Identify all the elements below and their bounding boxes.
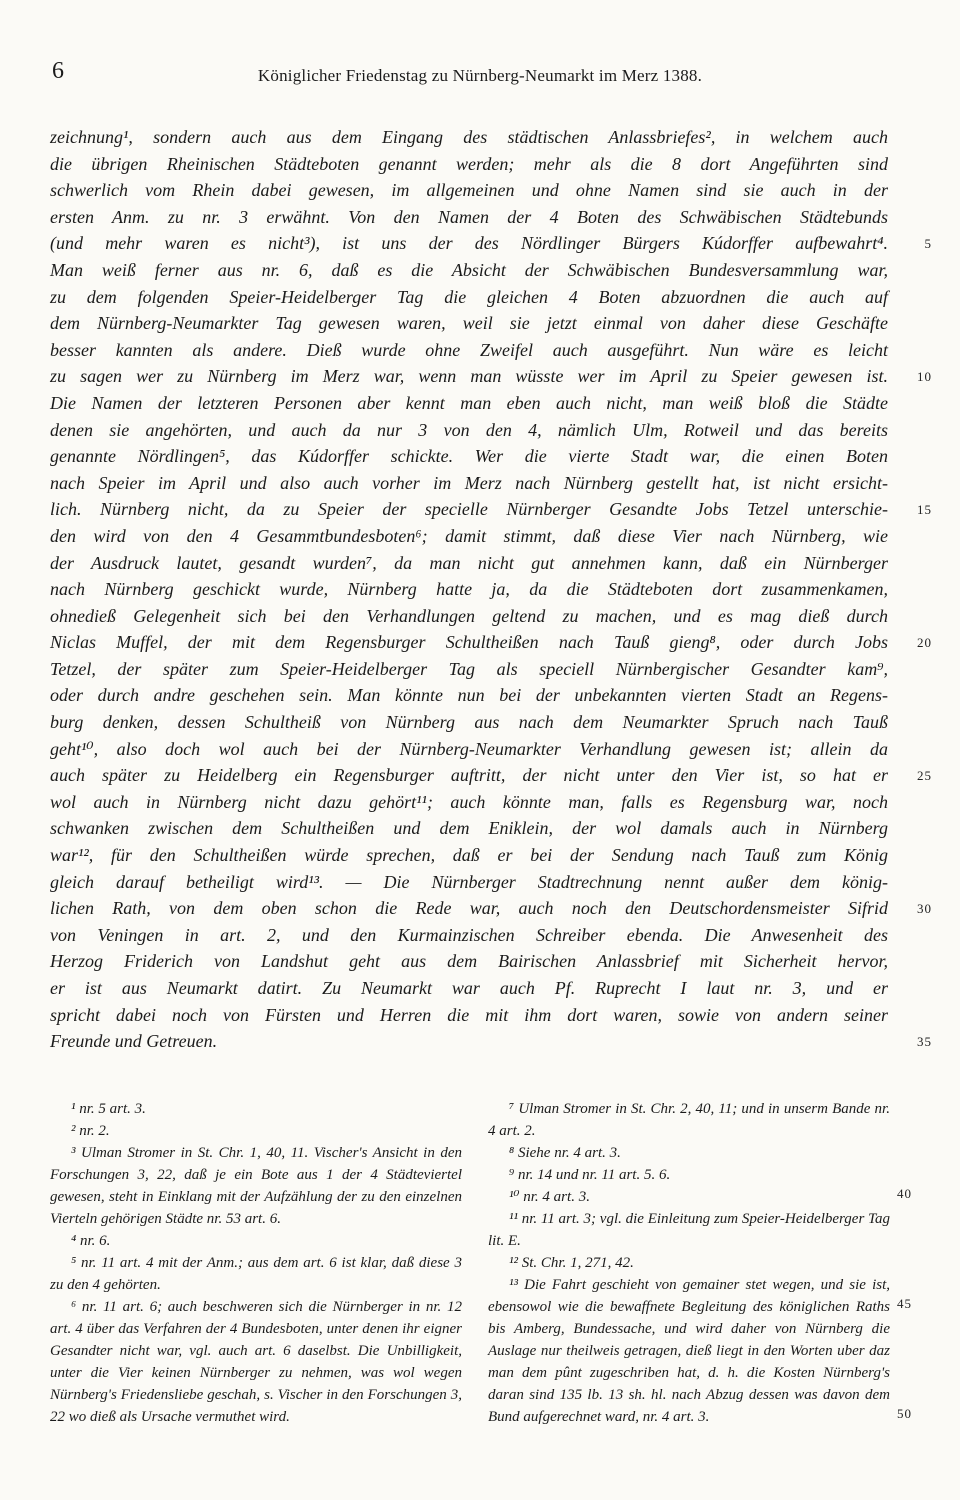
book-page: 6 Königlicher Friedenstag zu Nürnberg-Ne… — [0, 0, 960, 1500]
footnote: ² nr. 2. — [50, 1120, 462, 1142]
margin-line-number: 15 — [917, 497, 932, 524]
body-line-text: Niclas Muffel, der mit dem Regensburger … — [50, 632, 888, 652]
body-line-text: Man weiß ferner aus nr. 6, daß es die Ab… — [50, 260, 888, 280]
body-line: zeichnung¹, sondern auch aus dem Eingang… — [50, 124, 888, 151]
body-line: war¹², für den Schultheißen würde sprech… — [50, 842, 888, 869]
body-line: ohnedieß Gelegenheit sich bei den Verhan… — [50, 603, 888, 630]
body-line-text: Die Namen der letzteren Personen aber ke… — [50, 393, 888, 413]
body-line-text: schwanken zwischen dem Schultheißen und … — [50, 818, 888, 838]
body-line-text: genannte Nördlingen⁵, das Kúdorffer schi… — [50, 446, 888, 466]
body-line: Niclas Muffel, der mit dem Regensburger … — [50, 629, 888, 656]
body-line-text: spricht dabei noch von Fürsten und Herre… — [50, 1005, 888, 1025]
body-line-text: die übrigen Rheinischen Städteboten gena… — [50, 154, 888, 174]
body-line-text: den wird von den 4 Gesammtbundesboten⁶; … — [50, 526, 888, 546]
footnotes-left-column: ¹ nr. 5 art. 3.² nr. 2.³ Ulman Stromer i… — [50, 1098, 462, 1428]
body-line: zu dem folgenden Speier-Heidelberger Tag… — [50, 284, 888, 311]
body-line: lich. Nürnberg nicht, da zu Speier der s… — [50, 496, 888, 523]
body-line-text: auch später zu Heidelberg ein Regensburg… — [50, 765, 888, 785]
body-line: genannte Nördlingen⁵, das Kúdorffer schi… — [50, 443, 888, 470]
body-line-text: dem Nürnberg-Neumarkter Tag gewesen ware… — [50, 313, 888, 333]
footnote: ³ Ulman Stromer in St. Chr. 1, 40, 11. V… — [50, 1142, 462, 1230]
body-line: auch später zu Heidelberg ein Regensburg… — [50, 762, 888, 789]
body-line: spricht dabei noch von Fürsten und Herre… — [50, 1002, 888, 1029]
margin-line-number: 10 — [917, 364, 932, 391]
body-line: der Ausdruck lautet, gesandt wurden⁷, da… — [50, 550, 888, 577]
body-line-text: zeichnung¹, sondern auch aus dem Eingang… — [50, 127, 888, 147]
body-line-text: wol auch in Nürnberg nicht dazu gehört¹¹… — [50, 792, 888, 812]
body-line-text: der Ausdruck lautet, gesandt wurden⁷, da… — [50, 553, 888, 573]
body-line-text: Herzog Friderich von Landshut geht aus d… — [50, 951, 888, 971]
body-line-text: schwerlich vom Rhein dabei gewesen, im a… — [50, 180, 888, 200]
footnote: ⁶ nr. 11 art. 6; auch beschweren sich di… — [50, 1296, 462, 1428]
body-line-text: oder durch andre geschehen sein. Man kön… — [50, 685, 888, 705]
body-line: Man weiß ferner aus nr. 6, daß es die Ab… — [50, 257, 888, 284]
margin-line-number-45: 45 — [897, 1296, 912, 1312]
footnote: ¹² St. Chr. 1, 271, 42. — [488, 1252, 890, 1274]
body-line: ersten Anm. zu nr. 3 erwähnt. Von den Na… — [50, 204, 888, 231]
body-line: den wird von den 4 Gesammtbundesboten⁶; … — [50, 523, 888, 550]
body-line-text: (und mehr waren es nicht³), ist uns der … — [50, 233, 888, 253]
margin-line-number: 35 — [917, 1029, 932, 1056]
margin-line-number: 20 — [917, 630, 932, 657]
body-line: (und mehr waren es nicht³), ist uns der … — [50, 230, 888, 257]
footnote: ⁸ Siehe nr. 4 art. 3. — [488, 1142, 890, 1164]
body-line: nach Speier im April und also auch vorhe… — [50, 470, 888, 497]
margin-line-number-50: 50 — [897, 1406, 912, 1422]
footnote: ¹⁰ nr. 4 art. 3. — [488, 1186, 890, 1208]
body-line-text: nach Speier im April und also auch vorhe… — [50, 473, 888, 493]
body-line: oder durch andre geschehen sein. Man kön… — [50, 682, 888, 709]
footnote: ¹¹ nr. 11 art. 3; vgl. die Einleitung zu… — [488, 1208, 890, 1252]
margin-line-number: 25 — [917, 763, 932, 790]
body-line-text: besser kannten als andere. Dieß wurde oh… — [50, 340, 888, 360]
body-line: von Veningen in art. 2, und den Kurmainz… — [50, 922, 888, 949]
footnote: ¹³ Die Fahrt geschieht von gemainer stet… — [488, 1274, 890, 1428]
body-line-text: denen sie angehörten, und auch da nur 3 … — [50, 420, 888, 440]
body-line-text: zu dem folgenden Speier-Heidelberger Tag… — [50, 287, 888, 307]
footnote: ⁴ nr. 6. — [50, 1230, 462, 1252]
body-line: nach Nürnberg geschickt wurde, Nürnberg … — [50, 576, 888, 603]
body-line-text: burg denken, dessen Schultheiß von Nürnb… — [50, 712, 888, 732]
footnote: ⁵ nr. 11 art. 4 mit der Anm.; aus dem ar… — [50, 1252, 462, 1296]
body-line: Tetzel, der später zum Speier-Heidelberg… — [50, 656, 888, 683]
body-line: geht¹⁰, also doch wol auch bei der Nürnb… — [50, 736, 888, 763]
body-line: denen sie angehörten, und auch da nur 3 … — [50, 417, 888, 444]
body-line-text: gleich darauf betheiligt wird¹³. — Die N… — [50, 872, 888, 892]
footnotes-right-column: ⁷ Ulman Stromer in St. Chr. 2, 40, 11; u… — [488, 1098, 890, 1428]
body-line-text: Freunde und Getreuen. — [50, 1031, 217, 1051]
body-line: wol auch in Nürnberg nicht dazu gehört¹¹… — [50, 789, 888, 816]
body-line-text: lichen Rath, von dem oben schon die Rede… — [50, 898, 888, 918]
margin-line-number: 5 — [925, 231, 933, 258]
body-line-text: ersten Anm. zu nr. 3 erwähnt. Von den Na… — [50, 207, 888, 227]
body-line-text: geht¹⁰, also doch wol auch bei der Nürnb… — [50, 739, 888, 759]
running-header: Königlicher Friedenstag zu Nürnberg-Neum… — [0, 66, 960, 86]
body-line: gleich darauf betheiligt wird¹³. — Die N… — [50, 869, 888, 896]
body-line: burg denken, dessen Schultheiß von Nürnb… — [50, 709, 888, 736]
body-line-text: Tetzel, der später zum Speier-Heidelberg… — [50, 659, 888, 679]
body-line: lichen Rath, von dem oben schon die Rede… — [50, 895, 888, 922]
body-line: er ist aus Neumarkt datirt. Zu Neumarkt … — [50, 975, 888, 1002]
body-line: die übrigen Rheinischen Städteboten gena… — [50, 151, 888, 178]
body-line-text: von Veningen in art. 2, und den Kurmainz… — [50, 925, 888, 945]
body-line: dem Nürnberg-Neumarkter Tag gewesen ware… — [50, 310, 888, 337]
body-line: Freunde und Getreuen.35 — [50, 1028, 888, 1055]
body-line: Die Namen der letzteren Personen aber ke… — [50, 390, 888, 417]
body-line-text: ohnedieß Gelegenheit sich bei den Verhan… — [50, 606, 888, 626]
body-line-text: er ist aus Neumarkt datirt. Zu Neumarkt … — [50, 978, 888, 998]
body-line-text: zu sagen wer zu Nürnberg im Merz war, we… — [50, 366, 888, 386]
margin-line-number-40: 40 — [897, 1186, 912, 1202]
body-line: schwerlich vom Rhein dabei gewesen, im a… — [50, 177, 888, 204]
body-line: Herzog Friderich von Landshut geht aus d… — [50, 948, 888, 975]
body-line: zu sagen wer zu Nürnberg im Merz war, we… — [50, 363, 888, 390]
body-line: besser kannten als andere. Dieß wurde oh… — [50, 337, 888, 364]
body-text: zeichnung¹, sondern auch aus dem Eingang… — [50, 124, 888, 1055]
footnote: ⁹ nr. 14 und nr. 11 art. 5. 6. — [488, 1164, 890, 1186]
body-line-text: war¹², für den Schultheißen würde sprech… — [50, 845, 888, 865]
footnote: ⁷ Ulman Stromer in St. Chr. 2, 40, 11; u… — [488, 1098, 890, 1142]
body-line: schwanken zwischen dem Schultheißen und … — [50, 815, 888, 842]
margin-line-number: 30 — [917, 896, 932, 923]
body-line-text: nach Nürnberg geschickt wurde, Nürnberg … — [50, 579, 888, 599]
body-line-text: lich. Nürnberg nicht, da zu Speier der s… — [50, 499, 888, 519]
footnote: ¹ nr. 5 art. 3. — [50, 1098, 462, 1120]
